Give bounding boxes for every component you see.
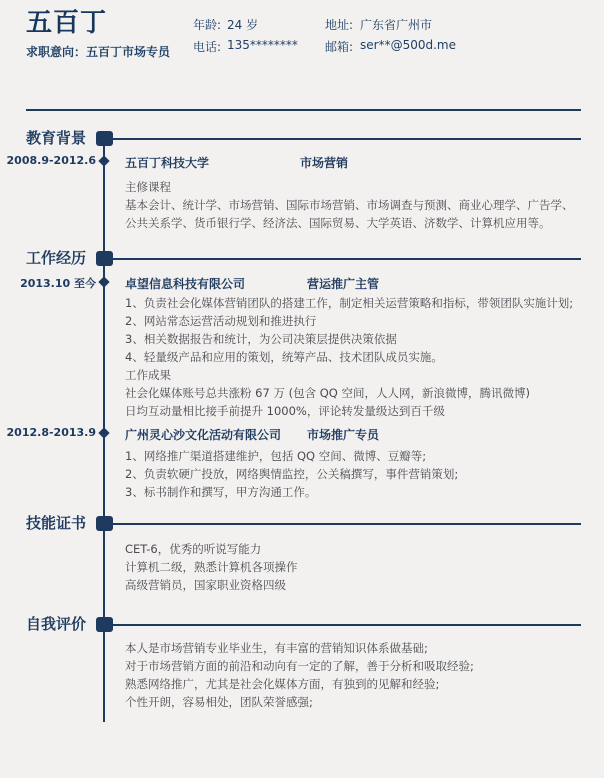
name-title: 五百丁 xyxy=(26,2,107,39)
contact-address-value: 广东省广州市 xyxy=(360,16,432,33)
position-title: 营运推广主管 xyxy=(307,275,379,292)
education-courses-text: 基本会计、统计学、市场营销、国际市场营销、市场调查与预测、商业心理学、广告学、公… xyxy=(125,196,583,232)
section-title-education: 教育背景 xyxy=(26,130,86,146)
self-evaluation-line: 对于市场营销方面的前沿和动向有一定的了解，善于分析和吸取经验; xyxy=(125,657,583,675)
contact-email-value: ser**@500d.me xyxy=(360,38,456,52)
education-detail-block: 主修课程 基本会计、统计学、市场营销、国际市场营销、市场调查与预测、商业心理学、… xyxy=(125,178,583,232)
work-bullet: 3、标书制作和撰写，甲方沟通工作。 xyxy=(125,483,583,501)
work2-date: 2012.8-2013.9 xyxy=(0,426,96,439)
work1-detail-block: 1、负责社会化媒体营销团队的搭建工作，制定相关运营策略和指标，带领团队实施计划;… xyxy=(125,294,583,420)
work-results-label: 工作成果 xyxy=(125,366,583,384)
work-result-line: 日均互动量相比接手前提升 1000%，评论转发量级达到百千级 xyxy=(125,402,583,420)
work-result-line: 社会化媒体账号总共涨粉 67 万 (包含 QQ 空间，人人网，新浪微博，腾讯微博… xyxy=(125,384,583,402)
timeline-square-icon xyxy=(96,516,113,531)
work-bullet: 2、网站常态运营活动规划和推进执行 xyxy=(125,312,583,330)
resume-page: 五百丁 求职意向：五百丁市场专员 年龄: 24 岁 电话: 135*******… xyxy=(0,0,604,778)
timeline-square-icon xyxy=(96,131,113,146)
timeline-diamond-icon xyxy=(98,155,109,166)
skills-block: CET-6，优秀的听说写能力 计算机二级，熟悉计算机各项操作 高级营销员，国家职… xyxy=(125,540,583,594)
self-evaluation-block: 本人是市场营销专业毕业生，有丰富的营销知识体系做基础; 对于市场营销方面的前沿和… xyxy=(125,639,583,711)
self-evaluation-line: 个性开朗，容易相处，团队荣誉感强; xyxy=(125,693,583,711)
education-courses-label: 主修课程 xyxy=(125,178,583,196)
work1-date: 2013.10 至今 xyxy=(0,275,96,291)
section-rule xyxy=(113,624,581,626)
timeline-square-icon xyxy=(96,617,113,632)
timeline-diamond-icon xyxy=(98,427,109,438)
work-bullet: 1、负责社会化媒体营销团队的搭建工作，制定相关运营策略和指标，带领团队实施计划; xyxy=(125,294,583,312)
section-title-work: 工作经历 xyxy=(26,250,86,266)
education-entry-header: 五百丁科技大学 市场营销 xyxy=(125,154,585,171)
company-name: 卓望信息科技有限公司 xyxy=(125,277,245,291)
contact-email-label: 邮箱: xyxy=(325,38,353,55)
job-objective: 求职意向：五百丁市场专员 xyxy=(26,43,170,60)
timeline-diamond-icon xyxy=(98,276,109,287)
section-rule xyxy=(113,523,581,525)
contact-phone-value: 135******** xyxy=(227,38,298,52)
self-evaluation-line: 熟悉网络推广，尤其是社会化媒体方面，有独到的见解和经验; xyxy=(125,675,583,693)
section-rule xyxy=(113,258,581,260)
contact-age-label: 年龄: xyxy=(193,16,221,33)
contact-age-value: 24 岁 xyxy=(227,16,258,33)
position-title: 市场推广专员 xyxy=(307,426,379,443)
skill-line: CET-6，优秀的听说写能力 xyxy=(125,540,583,558)
major-name: 市场营销 xyxy=(300,154,348,171)
skill-line: 计算机二级，熟悉计算机各项操作 xyxy=(125,558,583,576)
section-title-skills: 技能证书 xyxy=(26,515,86,531)
section-title-self-evaluation: 自我评价 xyxy=(26,616,86,632)
work-bullet: 2、负责软硬广投放，网络舆情监控，公关稿撰写，事件营销策划; xyxy=(125,465,583,483)
work2-detail-block: 1、网络推广渠道搭建维护，包括 QQ 空间、微博、豆瓣等; 2、负责软硬广投放，… xyxy=(125,447,583,501)
section-rule xyxy=(113,138,581,140)
work-bullet: 4、轻量级产品和应用的策划，统筹产品、技术团队成员实施。 xyxy=(125,348,583,366)
work-bullet: 3、相关数据报告和统计，为公司决策层提供决策依据 xyxy=(125,330,583,348)
self-evaluation-line: 本人是市场营销专业毕业生，有丰富的营销知识体系做基础; xyxy=(125,639,583,657)
work-bullet: 1、网络推广渠道搭建维护，包括 QQ 空间、微博、豆瓣等; xyxy=(125,447,583,465)
company-name: 广州灵心沙文化活动有限公司 xyxy=(125,428,281,442)
contact-address-label: 地址: xyxy=(325,16,353,33)
skill-line: 高级营销员，国家职业资格四级 xyxy=(125,576,583,594)
school-name: 五百丁科技大学 xyxy=(125,156,209,170)
contact-phone-label: 电话: xyxy=(193,38,221,55)
work1-entry-header: 卓望信息科技有限公司 营运推广主管 xyxy=(125,275,585,292)
header-divider xyxy=(26,109,581,111)
education-date: 2008.9-2012.6 xyxy=(0,154,96,167)
timeline-square-icon xyxy=(96,251,113,266)
work2-entry-header: 广州灵心沙文化活动有限公司 市场推广专员 xyxy=(125,426,585,443)
